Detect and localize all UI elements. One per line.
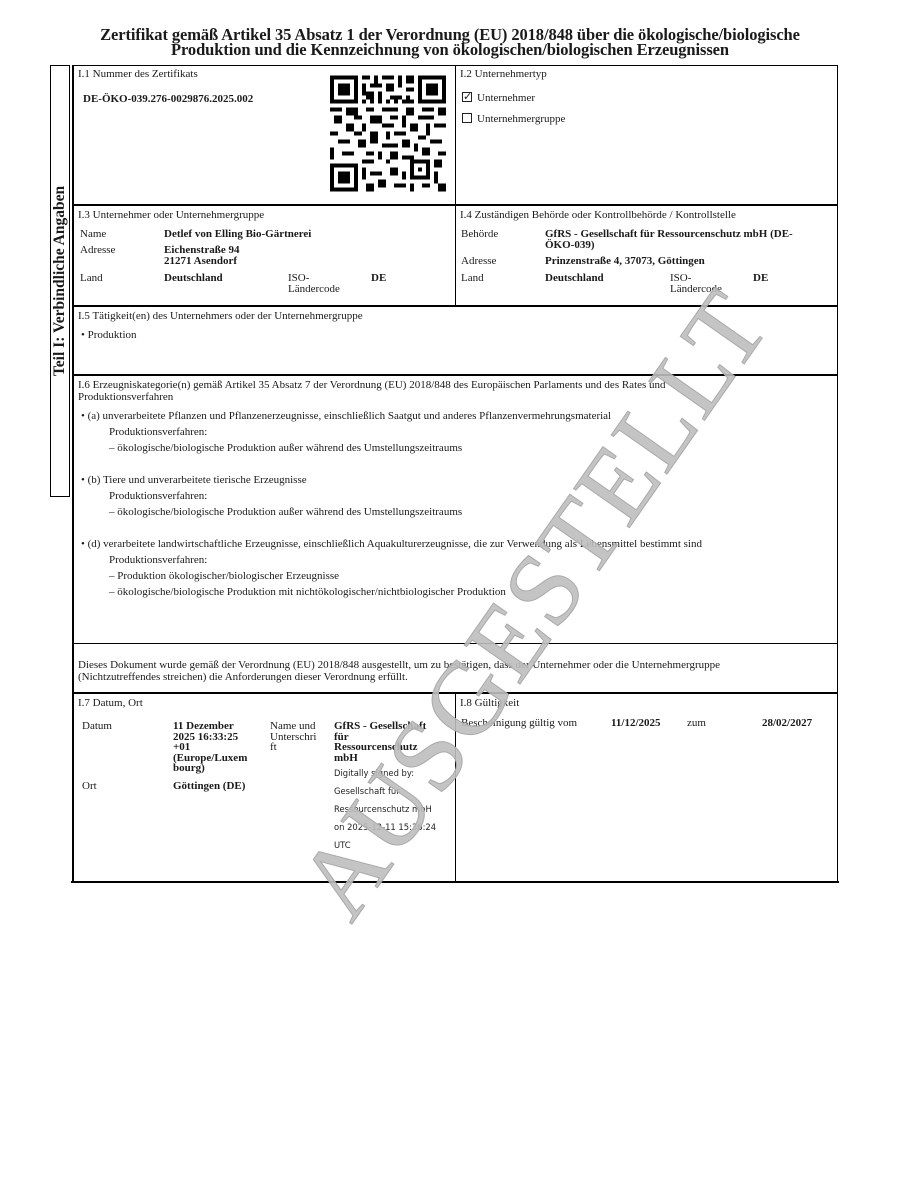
- date-line: bourg): [173, 763, 247, 774]
- section-i1: I.1 Nummer des Zertifikats DE-ÖKO-039.27…: [74, 65, 454, 204]
- category-a: • (a) unverarbeitete Pflanzen und Pflanz…: [81, 408, 833, 456]
- section-i8-heading: I.8 Gültigkeit: [460, 697, 833, 709]
- category-title: • (a) unverarbeitete Pflanzen und Pflanz…: [81, 408, 833, 424]
- method-item: – ökologische/biologische Produktion auß…: [81, 504, 833, 520]
- section-i7: I.7 Datum, Ort Datum 11 Dezember 2025 16…: [74, 694, 454, 881]
- option-label: Unternehmer: [477, 92, 535, 104]
- digital-signature-block: Digitally signed by: Gesellschaft für Re…: [334, 764, 454, 854]
- valid-from-date: 11/12/2025: [611, 718, 661, 729]
- place-label: Ort: [82, 781, 97, 792]
- signing-place: Göttingen (DE): [173, 781, 245, 792]
- method-label: Produktionsverfahren:: [81, 488, 833, 504]
- address-label: Adresse: [80, 245, 115, 256]
- authority-country-label: Land: [461, 273, 484, 284]
- method-item: – ökologische/biologische Produktion mit…: [81, 584, 833, 600]
- signature-line: Digitally signed by:: [334, 764, 454, 782]
- method-item: – Produktion ökologischer/biologischer E…: [81, 568, 833, 584]
- signer-name: GfRS - Gesellschaft für Ressourcenschutz…: [334, 721, 426, 763]
- date-line: +01: [173, 742, 247, 753]
- section-i3-heading: I.3 Unternehmer oder Unternehmergruppe: [78, 209, 450, 221]
- operator-country: Deutschland: [164, 273, 223, 284]
- signature-label: Name und Unterschri ft: [270, 721, 316, 753]
- authority-name-line: ÖKO-039): [545, 240, 793, 251]
- signature-line: on 2025-12-11 15:36:24 UTC: [334, 818, 454, 854]
- section-i7-heading: I.7 Datum, Ort: [78, 697, 450, 709]
- section-i2: I.2 Unternehmertyp Unternehmer Unternehm…: [456, 65, 837, 204]
- activity-item: • Produktion: [78, 327, 833, 343]
- certificate-table: I.1 Nummer des Zertifikats DE-ÖKO-039.27…: [72, 65, 838, 883]
- signature-line: Ressourcenschutz mbH: [334, 800, 454, 818]
- statement-line: Dieses Dokument wurde gemäß der Verordnu…: [78, 659, 833, 671]
- authority-address-label: Adresse: [461, 256, 496, 267]
- valid-to-date: 28/02/2027: [762, 718, 812, 729]
- document-title: Zertifikat gemäß Artikel 35 Absatz 1 der…: [40, 27, 860, 57]
- divider: [71, 881, 839, 883]
- option-unternehmergruppe[interactable]: Unternehmergruppe: [462, 111, 565, 127]
- authority-iso-label: ISO- Ländercode: [670, 273, 722, 295]
- signer-line: GfRS - Gesellschaft: [334, 721, 426, 732]
- operator-address-city: 21271 Asendorf: [164, 256, 237, 267]
- iso-label-line: Ländercode: [670, 284, 722, 295]
- signature-line: Gesellschaft für: [334, 782, 454, 800]
- date-label: Datum: [82, 721, 112, 732]
- authority-country: Deutschland: [545, 273, 604, 284]
- heading-line: Produktionsverfahren: [78, 391, 833, 403]
- section-i6: I.6 Erzeugniskategorie(n) gemäß Artikel …: [74, 376, 837, 643]
- conformity-statement: Dieses Dokument wurde gemäß der Verordnu…: [74, 656, 837, 692]
- authority-name: GfRS - Gesellschaft für Ressourcenschutz…: [545, 229, 793, 251]
- category-title: • (b) Tiere und unverarbeitete tierische…: [81, 472, 833, 488]
- certificate-number: DE-ÖKO-039.276-0029876.2025.002: [83, 94, 253, 105]
- part-label: Teil I: Verbindliche Angaben: [51, 186, 69, 376]
- label-line: Name und: [270, 721, 316, 732]
- section-i6-heading: I.6 Erzeugniskategorie(n) gemäß Artikel …: [78, 379, 833, 403]
- name-label: Name: [80, 229, 106, 240]
- category-list: • (a) unverarbeitete Pflanzen und Pflanz…: [78, 408, 833, 600]
- statement-line: (Nichtzutreffendes streichen) die Anford…: [78, 671, 833, 683]
- category-b: • (b) Tiere und unverarbeitete tierische…: [81, 472, 833, 520]
- label-line: Unterschri: [270, 732, 316, 743]
- authority-address: Prinzenstraße 4, 37073, Göttingen: [545, 256, 705, 267]
- section-i3: I.3 Unternehmer oder Unternehmergruppe N…: [74, 206, 454, 305]
- checkbox-unchecked-icon[interactable]: [462, 113, 472, 123]
- signer-line: Ressourcenschutz: [334, 742, 426, 753]
- divider: [72, 643, 838, 644]
- option-label: Unternehmergruppe: [477, 113, 565, 125]
- category-title: • (d) verarbeitete landwirtschaftliche E…: [81, 536, 833, 552]
- operator-iso-code: DE: [371, 273, 386, 284]
- section-i4-heading: I.4 Zuständigen Behörde oder Kontrollbeh…: [460, 209, 833, 221]
- section-i4: I.4 Zuständigen Behörde oder Kontrollbeh…: [456, 206, 837, 305]
- section-i8: I.8 Gültigkeit Bescheinigung gültig vom …: [456, 694, 837, 881]
- method-label: Produktionsverfahren:: [81, 552, 833, 568]
- divider: [837, 65, 838, 883]
- signer-line: mbH: [334, 753, 426, 764]
- part-label-box: Teil I: Verbindliche Angaben: [50, 65, 70, 497]
- section-i5: I.5 Tätigkeit(en) des Unternehmers oder …: [74, 307, 837, 374]
- valid-to-label: zum: [687, 718, 706, 729]
- category-d: • (d) verarbeitete landwirtschaftliche E…: [81, 536, 833, 600]
- heading-line: I.6 Erzeugniskategorie(n) gemäß Artikel …: [78, 379, 833, 391]
- method-label: Produktionsverfahren:: [81, 424, 833, 440]
- authority-label: Behörde: [461, 229, 498, 240]
- method-item: – ökologische/biologische Produktion auß…: [81, 440, 833, 456]
- section-i5-heading: I.5 Tätigkeit(en) des Unternehmers oder …: [78, 310, 833, 322]
- authority-iso-code: DE: [753, 273, 768, 284]
- operator-name: Detlef von Elling Bio-Gärtnerei: [164, 229, 311, 240]
- option-unternehmer[interactable]: Unternehmer: [462, 90, 535, 106]
- section-i2-heading: I.2 Unternehmertyp: [460, 68, 833, 80]
- signing-date: 11 Dezember 2025 16:33:25 +01 (Europe/Lu…: [173, 721, 247, 774]
- iso-label-line: Ländercode: [288, 284, 340, 295]
- checkbox-checked-icon[interactable]: [462, 92, 472, 102]
- iso-label: ISO- Ländercode: [288, 273, 340, 295]
- title-line-2: Produktion und die Kennzeichnung von öko…: [40, 42, 860, 57]
- country-label: Land: [80, 273, 103, 284]
- date-line: 11 Dezember: [173, 721, 247, 732]
- valid-from-label: Bescheinigung gültig vom: [461, 718, 577, 729]
- qr-code-icon: [330, 75, 446, 192]
- label-line: ft: [270, 742, 316, 753]
